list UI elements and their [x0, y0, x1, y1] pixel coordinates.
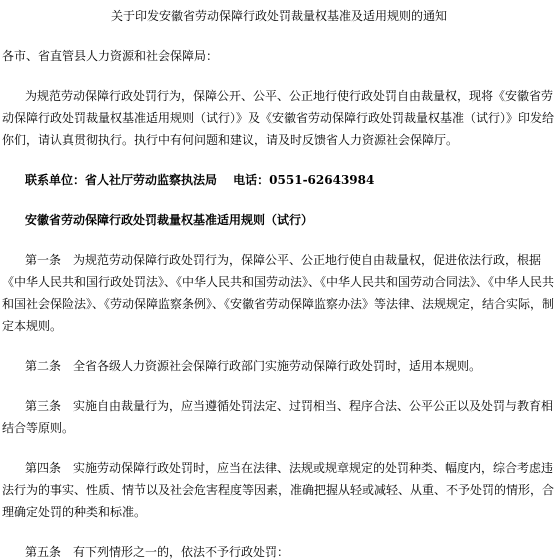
contact-line: 联系单位：省人社厅劳动监察执法局 电话：0551-62643984	[2, 169, 556, 191]
articles-list: 第一条 为规范劳动保障行政处罚行为，保障公平、公正地行使自由裁量权，促进依法行政…	[2, 249, 556, 560]
rules-heading: 安徽省劳动保障行政处罚裁量权基准适用规则（试行）	[2, 209, 556, 231]
article-paragraph: 第一条 为规范劳动保障行政处罚行为，保障公平、公正地行使自由裁量权，促进依法行政…	[2, 249, 556, 337]
document-title: 关于印发安徽省劳动保障行政处罚裁量权基准及适用规则的通知	[2, 5, 556, 27]
article-paragraph: 第二条 全省各级人力资源社会保障行政部门实施劳动保障行政处罚时，适用本规则。	[2, 355, 556, 377]
article-paragraph: 第五条 有下列情形之一的，依法不予行政处罚：	[2, 541, 556, 560]
article-paragraph: 第三条 实施自由裁量行为，应当遵循处罚法定、过罚相当、程序合法、公平公正以及处罚…	[2, 395, 556, 439]
salutation-line: 各市、省直管县人力资源和社会保障局：	[2, 45, 556, 67]
article-paragraph: 第四条 实施劳动保障行政处罚时，应当在法律、法规或规章规定的处罚种类、幅度内，综…	[2, 457, 556, 523]
notice-document: 关于印发安徽省劳动保障行政处罚裁量权基准及适用规则的通知 各市、省直管县人力资源…	[0, 0, 560, 560]
intro-paragraph: 为规范劳动保障行政处罚行为，保障公开、公平、公正地行使行政处罚自由裁量权，现将《…	[2, 85, 556, 151]
